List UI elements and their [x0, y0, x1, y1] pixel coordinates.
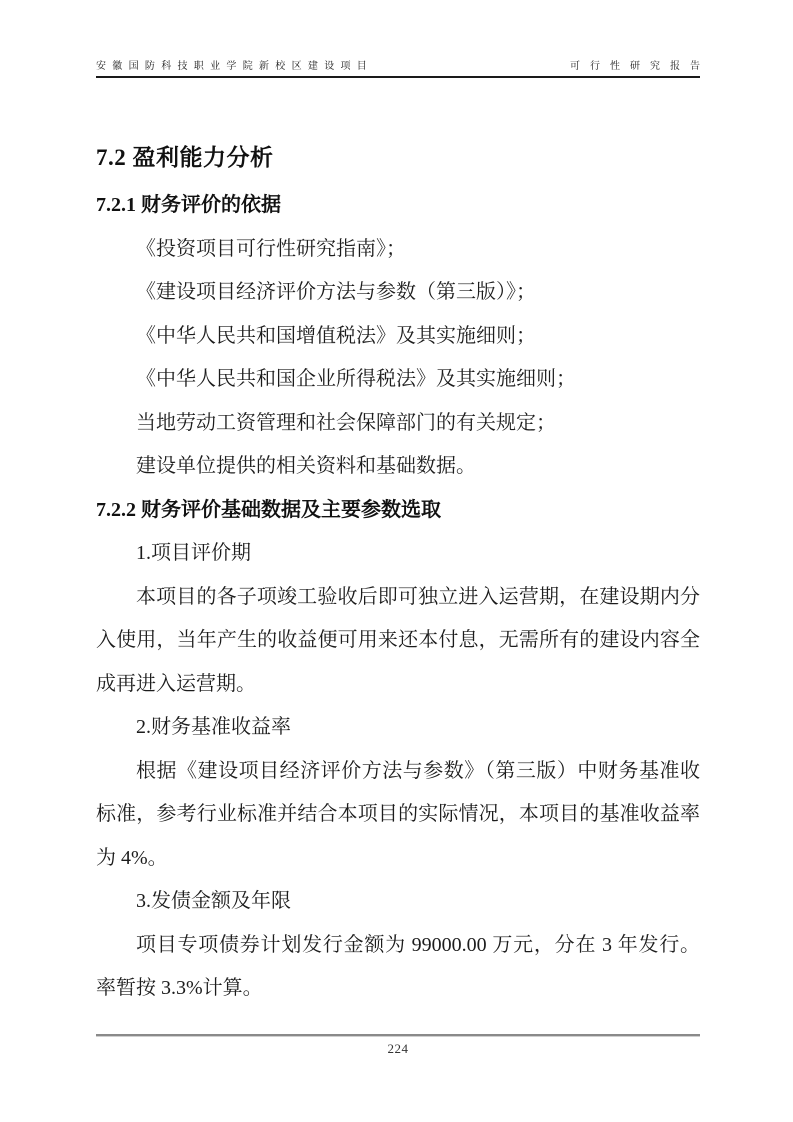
- page-number: 224: [96, 1041, 700, 1057]
- paragraph-line: 标准，参考行业标准并结合本项目的实际情况，本项目的基准收益率确定: [96, 793, 700, 837]
- reference-line: 《中华人民共和国企业所得税法》及其实施细则；: [96, 358, 700, 402]
- document-page: 安徽国防科技职业学院新校区建设项目 可行性研究报告 7.2 盈利能力分析 7.2…: [0, 0, 793, 1122]
- paragraph-line: 为 4%。: [96, 837, 700, 881]
- document-body: 7.2 盈利能力分析 7.2.1 财务评价的依据 《投资项目可行性研究指南》； …: [96, 136, 700, 1011]
- list-item-label: 1.项目评价期: [96, 532, 700, 576]
- reference-line: 《中华人民共和国增值税法》及其实施细则；: [96, 315, 700, 359]
- footer-rule: [96, 1034, 700, 1037]
- header-right-title: 可行性研究报告: [570, 57, 710, 72]
- page-footer: 224: [96, 1034, 700, 1057]
- subsection-title-7-2-1: 7.2.1 财务评价的依据: [96, 184, 700, 228]
- reference-line: 当地劳动工资管理和社会保障部门的有关规定；: [96, 402, 700, 446]
- reference-line: 建设单位提供的相关资料和基础数据。: [96, 445, 700, 489]
- paragraph-line: 项目专项债券计划发行金额为 99000.00 万元，分在 3 年发行。发债利: [96, 924, 700, 968]
- reference-line: 《建设项目经济评价方法与参数（第三版）》；: [96, 271, 700, 315]
- paragraph-line: 成再进入运营期。: [96, 663, 700, 707]
- header-titles: 安徽国防科技职业学院新校区建设项目 可行性研究报告: [96, 54, 700, 72]
- list-item-label: 2.财务基准收益率: [96, 706, 700, 750]
- paragraph-line: 根据《建设项目经济评价方法与参数》（第三版）中财务基准收益率: [96, 750, 700, 794]
- paragraph-line: 本项目的各子项竣工验收后即可独立进入运营期，在建设期内分项投: [96, 576, 700, 620]
- paragraph-line: 入使用，当年产生的收益便可用来还本付息，无需所有的建设内容全部完: [96, 619, 700, 663]
- page-header: 安徽国防科技职业学院新校区建设项目 可行性研究报告: [96, 54, 700, 78]
- header-left-title: 安徽国防科技职业学院新校区建设项目: [96, 57, 373, 72]
- paragraph-line: 率暂按 3.3%计算。: [96, 967, 700, 1011]
- list-item-label: 3.发债金额及年限: [96, 880, 700, 924]
- subsection-title-7-2-2: 7.2.2 财务评价基础数据及主要参数选取: [96, 489, 700, 533]
- header-rule: [96, 76, 700, 78]
- reference-line: 《投资项目可行性研究指南》；: [96, 228, 700, 272]
- section-title: 7.2 盈利能力分析: [96, 136, 700, 180]
